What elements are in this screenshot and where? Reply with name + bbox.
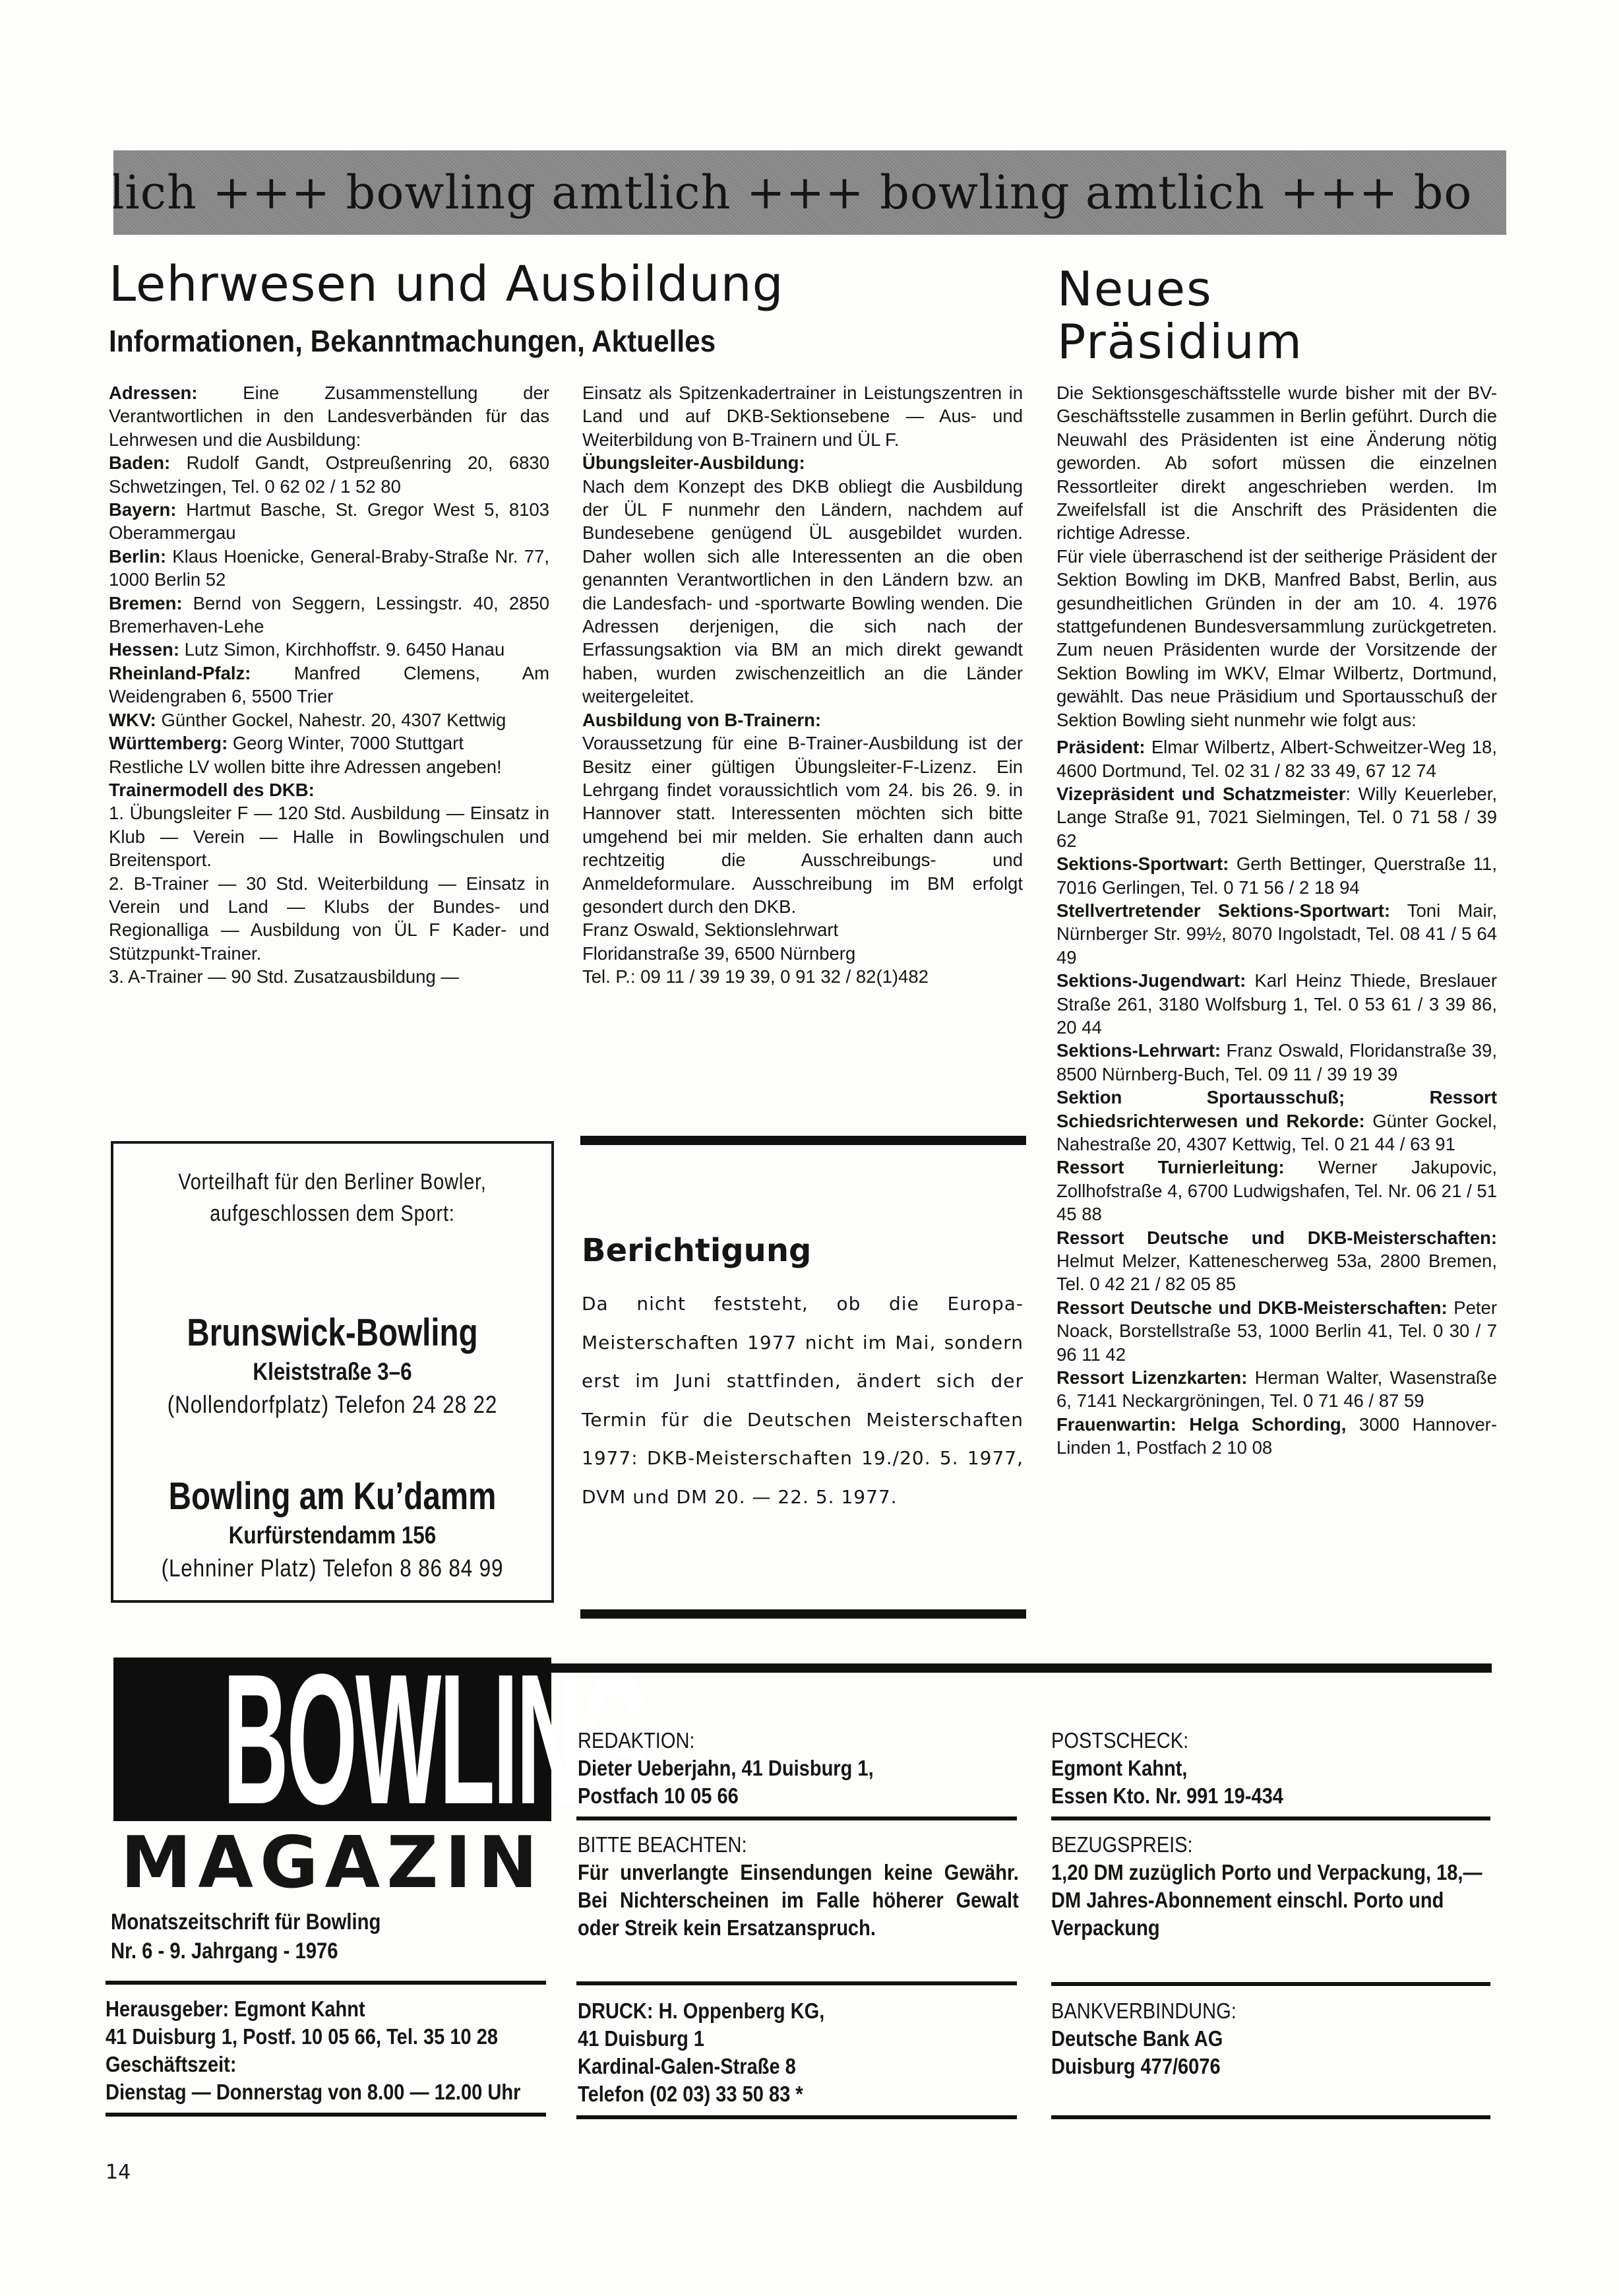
paragraph-label: Bayern: bbox=[109, 499, 176, 520]
venue-phone: (Nollendorfplatz) Telefon 24 28 22 bbox=[146, 1388, 518, 1422]
text-paragraph: WKV: Günther Gockel, Nahestr. 20, 4307 K… bbox=[109, 708, 549, 731]
text-paragraph: Berlin: Klaus Hoenicke, General-Braby-St… bbox=[109, 545, 549, 592]
imp-line: 41 Duisburg 1, Postf. 10 05 66, Tel. 35 … bbox=[106, 2023, 547, 2051]
venue-address: Kurfürstendamm 156 bbox=[146, 1520, 518, 1551]
divider-rule bbox=[576, 1981, 1017, 1985]
text-paragraph: Baden: Rudolf Gandt, Ostpreußenring 20, … bbox=[109, 451, 549, 498]
text-paragraph: Franz Oswald, Sektionslehrwart bbox=[582, 918, 1023, 941]
paragraph-label: Württemberg: bbox=[109, 733, 228, 753]
text-paragraph: Ressort Deutsche und DKB-Meisterschaften… bbox=[1056, 1296, 1497, 1366]
imp-line: 1,20 DM zuzüglich Porto und Verpackung, … bbox=[1051, 1859, 1492, 1942]
text-paragraph: Hessen: Lutz Simon, Kirchhoffstr. 9. 645… bbox=[109, 638, 549, 661]
praesidium-column: Die Sektionsgeschäftsstelle wurde bisher… bbox=[1056, 381, 1497, 1460]
paragraph-label: Hessen: bbox=[109, 639, 179, 660]
text-paragraph: Tel. P.: 09 11 / 39 19 39, 0 91 32 / 82(… bbox=[582, 965, 1023, 988]
divider-rule bbox=[106, 2113, 546, 2117]
imp-heading: BANKVERBINDUNG: bbox=[1051, 1997, 1492, 2025]
text-paragraph: Sektions-Sportwart: Gerth Bettinger, Que… bbox=[1056, 852, 1497, 899]
paragraph-label: Ausbildung von B-Trainern: bbox=[582, 710, 821, 730]
text-paragraph: 3. A-Trainer — 90 Std. Zusatzausbildung … bbox=[109, 965, 549, 988]
text-paragraph: Voraussetzung für eine B-Trainer-Ausbild… bbox=[582, 731, 1023, 918]
paragraph-label: Rheinland-Pfalz: bbox=[109, 663, 251, 683]
herausgeber-block: Herausgeber: Egmont Kahnt 41 Duisburg 1,… bbox=[106, 1995, 547, 2106]
paragraph-label: Ressort Deutsche und DKB-Meisterschaften… bbox=[1056, 1227, 1497, 1248]
paragraph-text: Günther Gockel, Nahestr. 20, 4307 Kettwi… bbox=[156, 710, 506, 730]
imp-line: Duisburg 477/6076 bbox=[1051, 2053, 1492, 2080]
ad-venue-brunswick: Brunswick-Bowling Kleiststraße 3–6 (Noll… bbox=[113, 1310, 551, 1422]
imp-line: Für unverlangte Einsendungen keine Gewäh… bbox=[578, 1859, 1019, 1942]
divider-rule bbox=[576, 2115, 1017, 2119]
text-paragraph: Stellvertretender Sektions-Sportwart: To… bbox=[1056, 899, 1497, 969]
paragraph-label: Stellvertretender Sektions-Sportwart: bbox=[1056, 900, 1390, 921]
text-paragraph: Präsident: Elmar Wilbertz, Albert-Schwei… bbox=[1056, 735, 1497, 782]
venue-name: Bowling am Ku’damm bbox=[153, 1474, 512, 1520]
paragraph-label: Sektions-Jugendwart: bbox=[1056, 970, 1246, 991]
praesidium-intro-1: Die Sektionsgeschäftsstelle wurde bisher… bbox=[1056, 381, 1497, 545]
imp-line: Telefon (02 03) 33 50 83 * bbox=[578, 2080, 1019, 2108]
paragraph-text: Klaus Hoenicke, General-Braby-Straße Nr.… bbox=[109, 546, 549, 590]
article-column-1: Adressen: Eine Zusammenstellung der Vera… bbox=[109, 381, 549, 989]
paragraph-text: Tel. P.: 09 11 / 39 19 39, 0 91 32 / 82(… bbox=[582, 966, 929, 987]
text-paragraph: 2. B-Trainer — 30 Std. Weiterbildung — E… bbox=[109, 872, 549, 966]
berichtigung-title: Berichtigung bbox=[582, 1232, 811, 1269]
paragraph-text: Restliche LV wollen bitte ihre Adressen … bbox=[109, 757, 502, 777]
paragraph-label: Übungsleiter-Ausbildung: bbox=[582, 452, 805, 473]
divider-rule bbox=[580, 1609, 1026, 1619]
paragraph-text: Floridanstraße 39, 6500 Nürnberg bbox=[582, 943, 855, 964]
divider-rule bbox=[106, 1981, 546, 1985]
paragraph-text: Nach dem Konzept des DKB obliegt die Aus… bbox=[582, 476, 1023, 707]
paragraph-text: Georg Winter, 7000 Stuttgart bbox=[228, 733, 464, 753]
issue-info: Nr. 6 - 9. Jahrgang - 1976 bbox=[111, 1937, 381, 1966]
paragraph-label: Präsident: bbox=[1056, 737, 1145, 757]
text-paragraph: Nach dem Konzept des DKB obliegt die Aus… bbox=[582, 475, 1023, 708]
ad-venue-kudamm: Bowling am Ku’damm Kurfürstendamm 156 (L… bbox=[113, 1474, 551, 1586]
paragraph-text: 1. Übungsleiter F — 120 Std. Ausbildung … bbox=[109, 803, 549, 870]
paragraph-label: Baden: bbox=[109, 452, 170, 473]
praesidium-intro-2: Für viele überraschend ist der seitherig… bbox=[1056, 545, 1497, 731]
imp-heading: REDAKTION: bbox=[578, 1727, 1019, 1754]
text-paragraph: Floridanstraße 39, 6500 Nürnberg bbox=[582, 942, 1023, 965]
venue-phone: (Lehniner Platz) Telefon 8 86 84 99 bbox=[146, 1551, 518, 1586]
imp-line: Kardinal-Galen-Straße 8 bbox=[578, 2053, 1019, 2080]
ad-intro-line2: aufgeschlossen dem Sport: bbox=[146, 1198, 518, 1229]
paragraph-text: Voraussetzung für eine B-Trainer-Ausbild… bbox=[582, 733, 1023, 917]
paragraph-text: Rudolf Gandt, Ostpreußenring 20, 6830 Sc… bbox=[109, 452, 549, 496]
imp-heading: BEZUGSPREIS: bbox=[1051, 1831, 1492, 1859]
paragraph-label: Berlin: bbox=[109, 546, 166, 567]
imp-line: Dienstag — Donnerstag von 8.00 — 12.00 U… bbox=[106, 2078, 547, 2106]
bitte-beachten-block: BITTE BEACHTEN: Für unverlangte Einsendu… bbox=[578, 1831, 1019, 1942]
paragraph-label: Ressort Turnierleitung: bbox=[1056, 1157, 1285, 1177]
bezugspreis-block: BEZUGSPREIS: 1,20 DM zuzüglich Porto und… bbox=[1051, 1831, 1492, 1942]
divider-rule bbox=[1051, 1982, 1490, 1986]
divider-rule bbox=[576, 1816, 1017, 1820]
text-paragraph: Sektions-Jugendwart: Karl Heinz Thiede, … bbox=[1056, 969, 1497, 1039]
praesidium-title-line2: Präsidium bbox=[1057, 315, 1303, 368]
divider-rule bbox=[1051, 2115, 1490, 2119]
text-paragraph: Ressort Deutsche und DKB-Meisterschaften… bbox=[1056, 1226, 1497, 1296]
imp-line: Postfach 10 05 66 bbox=[578, 1782, 1019, 1810]
text-paragraph: Ausbildung von B-Trainern: bbox=[582, 708, 1023, 731]
imp-line: DRUCK: H. Oppenberg KG, bbox=[578, 1997, 1019, 2025]
paragraph-text: 3. A-Trainer — 90 Std. Zusatzausbildung … bbox=[109, 966, 459, 987]
praesidium-members: Präsident: Elmar Wilbertz, Albert-Schwei… bbox=[1056, 735, 1497, 1460]
header-banner: lich +++ bowling amtlich +++ bowling amt… bbox=[113, 150, 1506, 235]
paragraph-label: Trainermodell des DKB: bbox=[109, 780, 315, 800]
imp-line: Herausgeber: Egmont Kahnt bbox=[106, 1995, 547, 2023]
paragraph-label: Frauenwartin: Helga Schording, bbox=[1056, 1414, 1346, 1435]
text-paragraph: Frauenwartin: Helga Schording, 3000 Hann… bbox=[1056, 1413, 1497, 1460]
article-subtitle: Informationen, Bekanntmachungen, Aktuell… bbox=[109, 323, 716, 359]
banner-text: lich +++ bowling amtlich +++ bowling amt… bbox=[113, 150, 1506, 235]
text-paragraph: Restliche LV wollen bitte ihre Adressen … bbox=[109, 755, 549, 778]
paragraph-text: Franz Oswald, Sektionslehrwart bbox=[582, 919, 838, 940]
magazin-logo-text: MAGAZIN bbox=[108, 1824, 557, 1903]
text-paragraph: Einsatz als Spitzenkadertrainer in Leist… bbox=[582, 381, 1023, 451]
imp-line: Deutsche Bank AG bbox=[1051, 2025, 1492, 2053]
text-paragraph: Sektions-Lehrwart: Franz Oswald, Florida… bbox=[1056, 1039, 1497, 1086]
text-paragraph: Übungsleiter-Ausbildung: bbox=[582, 451, 1023, 474]
divider-rule bbox=[1051, 1816, 1490, 1820]
article-column-2: Einsatz als Spitzenkadertrainer in Leist… bbox=[582, 381, 1023, 989]
paragraph-label: Ressort Lizenzkarten: bbox=[1056, 1367, 1247, 1388]
ad-intro-line1: Vorteilhaft für den Berliner Bowler, bbox=[146, 1166, 518, 1198]
paragraph-label: Adressen: bbox=[109, 383, 198, 403]
text-paragraph: Trainermodell des DKB: bbox=[109, 778, 549, 801]
text-paragraph: Adressen: Eine Zusammenstellung der Vera… bbox=[109, 381, 549, 451]
text-paragraph: Rheinland-Pfalz: Manfred Clemens, Am Wei… bbox=[109, 662, 549, 708]
paragraph-text: 2. B-Trainer — 30 Std. Weiterbildung — E… bbox=[109, 873, 549, 964]
paragraph-text: Helmut Melzer, Kattenescherweg 53a, 2800… bbox=[1056, 1251, 1497, 1294]
paragraph-label: Vizepräsident und Schatzmeister bbox=[1056, 784, 1345, 804]
advertisement-box: Vorteilhaft für den Berliner Bowler, auf… bbox=[111, 1141, 554, 1603]
text-paragraph: Württemberg: Georg Winter, 7000 Stuttgar… bbox=[109, 731, 549, 755]
imp-line: Geschäftszeit: bbox=[106, 2051, 547, 2078]
text-paragraph: Bremen: Bernd von Seggern, Lessingstr. 4… bbox=[109, 592, 549, 638]
imp-line: 41 Duisburg 1 bbox=[578, 2025, 1019, 2053]
paragraph-label: WKV: bbox=[109, 710, 156, 730]
divider-rule bbox=[580, 1136, 1026, 1145]
praesidium-title-line1: Neues bbox=[1057, 263, 1303, 315]
redaktion-block: REDAKTION: Dieter Ueberjahn, 41 Duisburg… bbox=[578, 1727, 1019, 1810]
paragraph-text: Einsatz als Spitzenkadertrainer in Leist… bbox=[582, 383, 1023, 450]
bankverbindung-block: BANKVERBINDUNG: Deutsche Bank AG Duisbur… bbox=[1051, 1997, 1492, 2080]
druck-block: DRUCK: H. Oppenberg KG, 41 Duisburg 1 Ka… bbox=[578, 1997, 1019, 2108]
paragraph-text: Lutz Simon, Kirchhoffstr. 9. 6450 Hanau bbox=[179, 639, 504, 660]
paragraph-label: Sektions-Sportwart: bbox=[1056, 853, 1229, 874]
paragraph-label: Ressort Deutsche und DKB-Meisterschaften… bbox=[1056, 1297, 1448, 1318]
imp-heading: BITTE BEACHTEN: bbox=[578, 1831, 1019, 1859]
imp-line: Dieter Ueberjahn, 41 Duisburg 1, bbox=[578, 1754, 1019, 1782]
imp-line: Essen Kto. Nr. 991 19-434 bbox=[1051, 1782, 1492, 1810]
imp-heading: POSTSCHECK: bbox=[1051, 1727, 1492, 1754]
imp-line: Egmont Kahnt, bbox=[1051, 1754, 1492, 1782]
logo-text: BOWLING bbox=[223, 1656, 442, 1823]
tagline-line1: Monatszeitschrift für Bowling bbox=[111, 1908, 381, 1937]
venue-address: Kleiststraße 3–6 bbox=[146, 1356, 518, 1388]
postscheck-block: POSTSCHECK: Egmont Kahnt, Essen Kto. Nr.… bbox=[1051, 1727, 1492, 1810]
article-title: Lehrwesen und Ausbildung bbox=[109, 256, 784, 313]
paragraph-label: Bremen: bbox=[109, 593, 183, 613]
text-paragraph: Ressort Turnierleitung: Werner Jakupovic… bbox=[1056, 1156, 1497, 1226]
bowling-logo: BOWLING bbox=[113, 1658, 551, 1821]
page-number: 14 bbox=[106, 2161, 131, 2184]
text-paragraph: Bayern: Hartmut Basche, St. Gregor West … bbox=[109, 498, 549, 545]
magazine-tagline: Monatszeitschrift für Bowling Nr. 6 - 9.… bbox=[111, 1908, 381, 1966]
text-paragraph: Vizepräsident und Schatzmeister: Willy K… bbox=[1056, 782, 1497, 852]
text-paragraph: Ressort Lizenzkarten: Herman Walter, Was… bbox=[1056, 1366, 1497, 1413]
text-paragraph: Sektion Sportausschuß; Ressort Schiedsri… bbox=[1056, 1086, 1497, 1156]
praesidium-title: Neues Präsidium bbox=[1057, 263, 1303, 368]
paragraph-label: Sektions-Lehrwart: bbox=[1056, 1040, 1221, 1061]
text-paragraph: 1. Übungsleiter F — 120 Std. Ausbildung … bbox=[109, 801, 549, 871]
ad-intro: Vorteilhaft für den Berliner Bowler, auf… bbox=[146, 1166, 518, 1229]
berichtigung-text: Da nicht feststeht, ob die Europa-Meiste… bbox=[582, 1285, 1023, 1516]
venue-name: Brunswick-Bowling bbox=[153, 1310, 512, 1356]
